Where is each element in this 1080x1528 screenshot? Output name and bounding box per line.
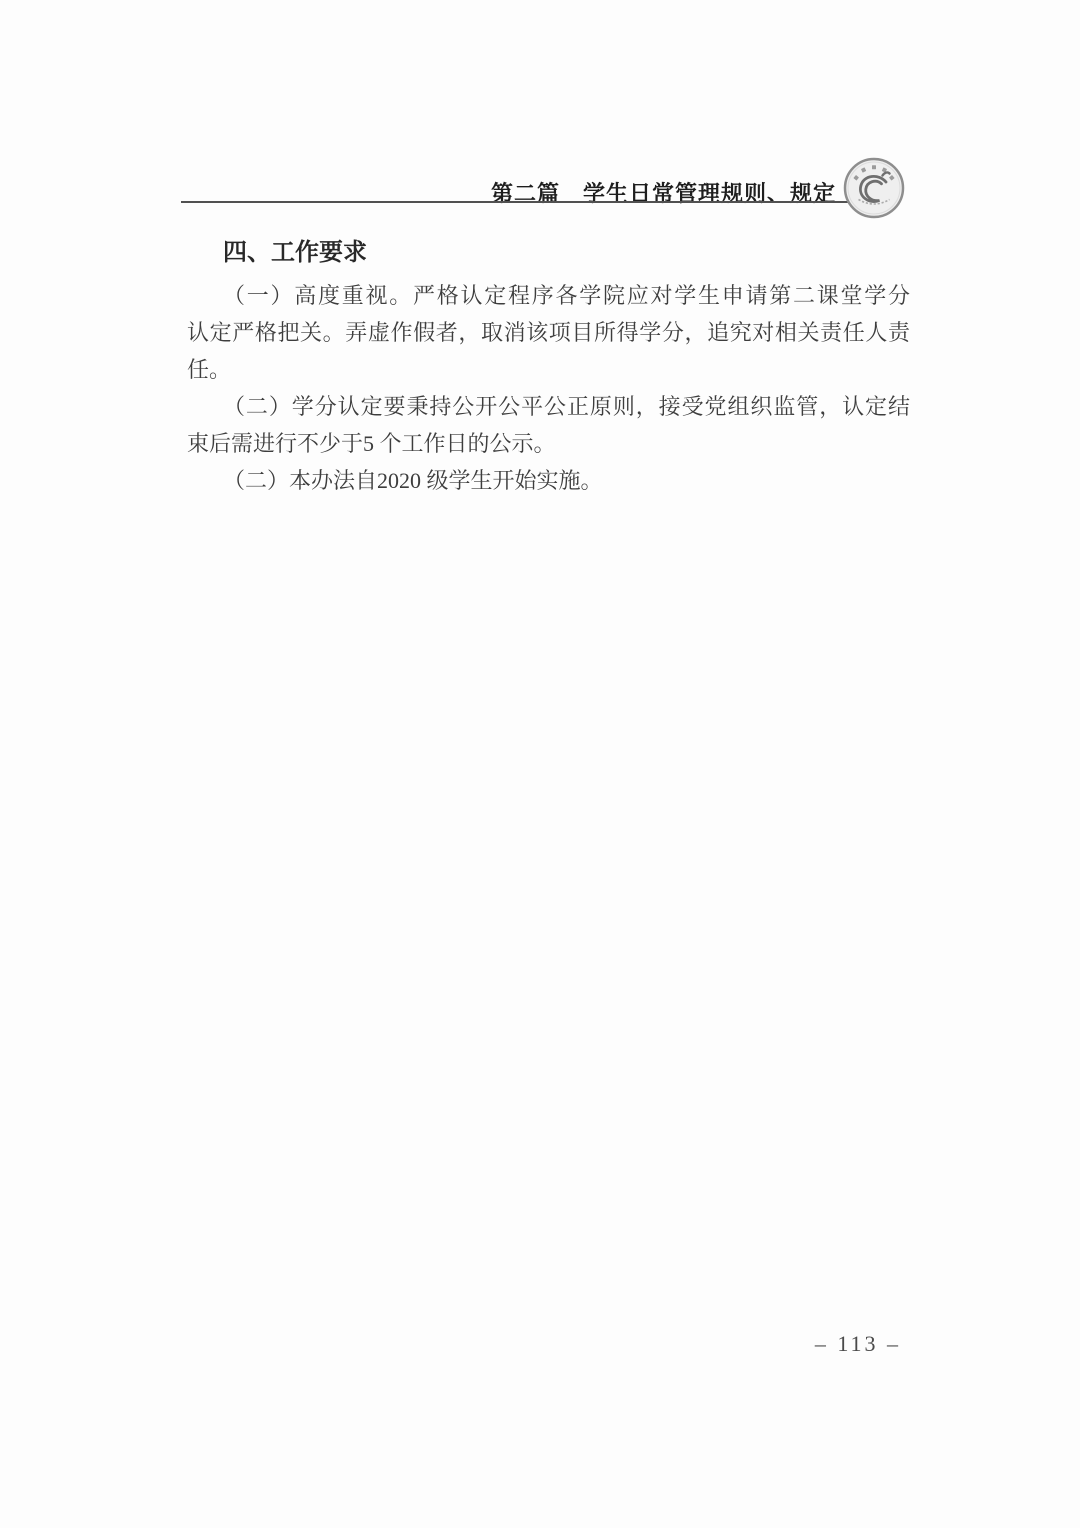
header-rule [181, 201, 860, 203]
paragraph: （一）高度重视。严格认定程序各学院应对学生申请第二课堂学分认定严格把关。弄虚作假… [187, 277, 910, 388]
paragraph: （二）本办法自2020 级学生开始实施。 [187, 462, 910, 499]
paragraph: （二）学分认定要秉持公开公平公正原则，接受党组织监管，认定结束后需进行不少于5 … [187, 388, 910, 462]
paragraph-line: 束后需进行不少于5 个工作日的公示。 [187, 425, 910, 462]
section-heading: 四、工作要求 [187, 237, 910, 269]
paragraphs: （一）高度重视。严格认定程序各学院应对学生申请第二课堂学分认定严格把关。弄虚作假… [187, 277, 910, 499]
paragraph-line: （二）学分认定要秉持公开公平公正原则，接受党组织监管，认定结 [187, 388, 910, 425]
paragraph-line: 认定严格把关。弄虚作假者，取消该项目所得学分，追究对相关责任人责 [187, 314, 910, 351]
seal-icon [842, 156, 906, 220]
document-page: 第二篇 学生日常管理规则、规定 四、工作要求 （一）高度重视。严格认定程序各学院… [0, 0, 1080, 1528]
university-seal-logo [842, 156, 906, 220]
paragraph-line: （一）高度重视。严格认定程序各学院应对学生申请第二课堂学分 [187, 277, 910, 314]
chapter-header-title: 第二篇 学生日常管理规则、规定 [0, 177, 836, 208]
paragraph-line: 任。 [187, 351, 910, 388]
page-number: – 113 – [0, 1331, 901, 1357]
paragraph-line: （二）本办法自2020 级学生开始实施。 [187, 462, 910, 499]
